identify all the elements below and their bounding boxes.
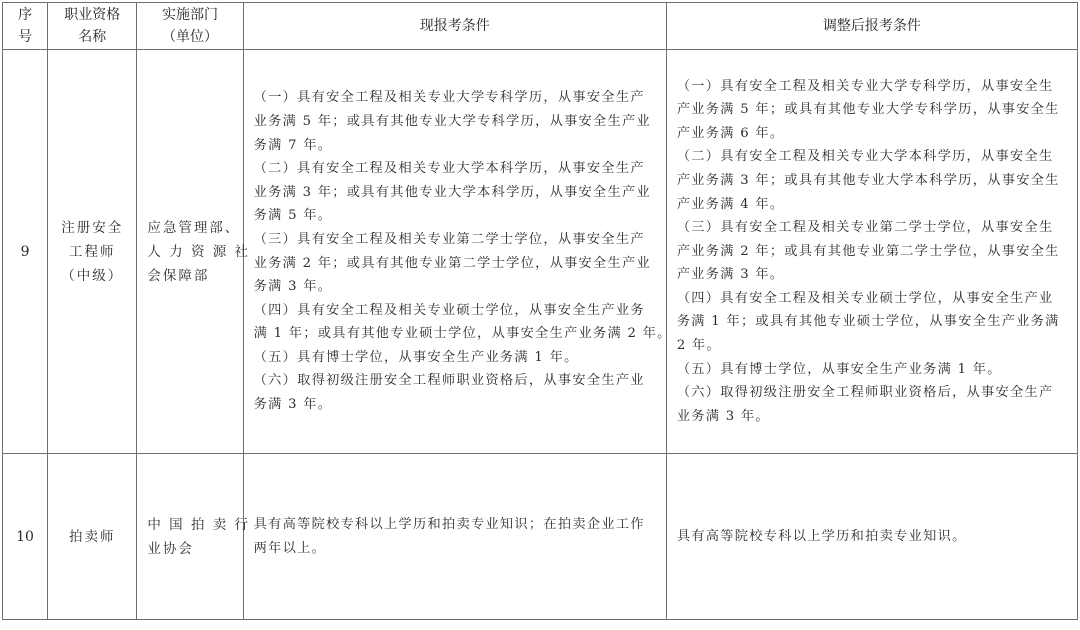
current-conditions-cell: （一）具有安全工程及相关专业大学专科学历，从事安全生产 业务满 5 年；或具有其…	[243, 50, 666, 454]
qualification-name-cell: 拍卖师	[48, 454, 137, 620]
condition-line: 务满 7 年。	[254, 134, 658, 158]
adjusted-conditions-cell: 具有高等院校专科以上学历和拍卖专业知识。	[666, 454, 1077, 620]
header-text: 号	[3, 26, 47, 48]
condition-line: 业务满 3 年。	[677, 405, 1069, 429]
header-text: 序	[3, 4, 47, 26]
serial-number-cell: 9	[3, 50, 48, 454]
cell-line: 工程师	[48, 240, 136, 264]
table-row: 9 注册安全 工程师 （中级） 应急管理部、 人 力 资 源 社 会保障部 （一…	[3, 50, 1078, 454]
header-text: 名称	[48, 26, 136, 48]
condition-line: 务满 5 年。	[254, 204, 658, 228]
condition-line: 产业务满 6 年。	[677, 122, 1069, 146]
condition-line: 产业务满 3 年；或具有其他专业大学本科学历，从事安全生	[677, 169, 1069, 193]
condition-line: （六）取得初级注册安全工程师职业资格后，从事安全生产	[677, 381, 1069, 405]
condition-line: 产业务满 5 年；或具有其他专业大学专科学历，从事安全生	[677, 98, 1069, 122]
qualification-conditions-table: 序 号 职业资格 名称 实施部门 （单位） 现报考条件 调整后报考条件 9 注册…	[2, 2, 1078, 620]
header-text: 实施部门	[137, 4, 242, 26]
header-current-conditions: 现报考条件	[243, 3, 666, 50]
serial-number-cell: 10	[3, 454, 48, 620]
condition-line: 两年以上。	[254, 537, 658, 561]
header-text: （单位）	[137, 26, 242, 48]
cell-line: 人 力 资 源 社	[147, 240, 236, 264]
current-conditions-cell: 具有高等院校专科以上学历和拍卖专业知识；在拍卖企业工作 两年以上。	[243, 454, 666, 620]
cell-line: 业协会	[147, 537, 236, 561]
table-row: 10 拍卖师 中 国 拍 卖 行 业协会 具有高等院校专科以上学历和拍卖专业知识…	[3, 454, 1078, 620]
condition-line: 务满 1 年；或具有其他专业硕士学位，从事安全生产业务满	[677, 310, 1069, 334]
header-text: 职业资格	[48, 4, 136, 26]
condition-line: （二）具有安全工程及相关专业大学本科学历，从事安全生	[677, 145, 1069, 169]
implementing-dept-cell: 中 国 拍 卖 行 业协会	[137, 454, 243, 620]
qualification-name-cell: 注册安全 工程师 （中级）	[48, 50, 137, 454]
cell-line: 应急管理部、	[147, 216, 236, 240]
cell-line: 拍卖师	[48, 525, 136, 549]
condition-line: （四）具有安全工程及相关专业硕士学位，从事安全生产业务	[254, 299, 658, 323]
condition-line: 具有高等院校专科以上学历和拍卖专业知识。	[677, 525, 1069, 549]
condition-line: 业务满 3 年；或具有其他专业大学本科学历，从事安全生产业	[254, 181, 658, 205]
cell-line: 会保障部	[147, 264, 236, 288]
condition-line: （三）具有安全工程及相关专业第二学士学位，从事安全生	[677, 216, 1069, 240]
condition-line: 具有高等院校专科以上学历和拍卖专业知识；在拍卖企业工作	[254, 513, 658, 537]
condition-line: 产业务满 3 年。	[677, 263, 1069, 287]
header-implementing-dept: 实施部门 （单位）	[137, 3, 243, 50]
condition-line: （四）具有安全工程及相关专业硕士学位，从事安全生产业	[677, 287, 1069, 311]
adjusted-conditions-cell: （一）具有安全工程及相关专业大学专科学历，从事安全生 产业务满 5 年；或具有其…	[666, 50, 1077, 454]
condition-line: 满 1 年；或具有其他专业硕士学位，从事安全生产业务满 2 年。	[254, 322, 658, 346]
condition-line: 产业务满 2 年；或具有其他专业第二学士学位，从事安全生	[677, 240, 1069, 264]
condition-line: 2 年。	[677, 334, 1069, 358]
condition-line: （一）具有安全工程及相关专业大学专科学历，从事安全生产	[254, 86, 658, 110]
condition-line: 业务满 2 年；或具有其他专业第二学士学位，从事安全生产业	[254, 252, 658, 276]
cell-line: （中级）	[48, 264, 136, 288]
header-serial-number: 序 号	[3, 3, 48, 50]
header-row: 序 号 职业资格 名称 实施部门 （单位） 现报考条件 调整后报考条件	[3, 3, 1078, 50]
implementing-dept-cell: 应急管理部、 人 力 资 源 社 会保障部	[137, 50, 243, 454]
condition-line: （六）取得初级注册安全工程师职业资格后，从事安全生产业	[254, 369, 658, 393]
condition-line: （三）具有安全工程及相关专业第二学士学位，从事安全生产	[254, 228, 658, 252]
condition-line: 务满 3 年。	[254, 393, 658, 417]
condition-line: （一）具有安全工程及相关专业大学专科学历，从事安全生	[677, 75, 1069, 99]
cell-line: 注册安全	[48, 216, 136, 240]
header-adjusted-conditions: 调整后报考条件	[666, 3, 1077, 50]
condition-line: 务满 3 年。	[254, 275, 658, 299]
condition-line: （五）具有博士学位，从事安全生产业务满 1 年。	[254, 346, 658, 370]
cell-line: 中 国 拍 卖 行	[147, 513, 236, 537]
condition-line: 业务满 5 年；或具有其他专业大学专科学历，从事安全生产业	[254, 110, 658, 134]
condition-line: （五）具有博士学位，从事安全生产业务满 1 年。	[677, 358, 1069, 382]
header-qualification-name: 职业资格 名称	[48, 3, 137, 50]
condition-line: （二）具有安全工程及相关专业大学本科学历，从事安全生产	[254, 157, 658, 181]
condition-line: 产业务满 4 年。	[677, 193, 1069, 217]
